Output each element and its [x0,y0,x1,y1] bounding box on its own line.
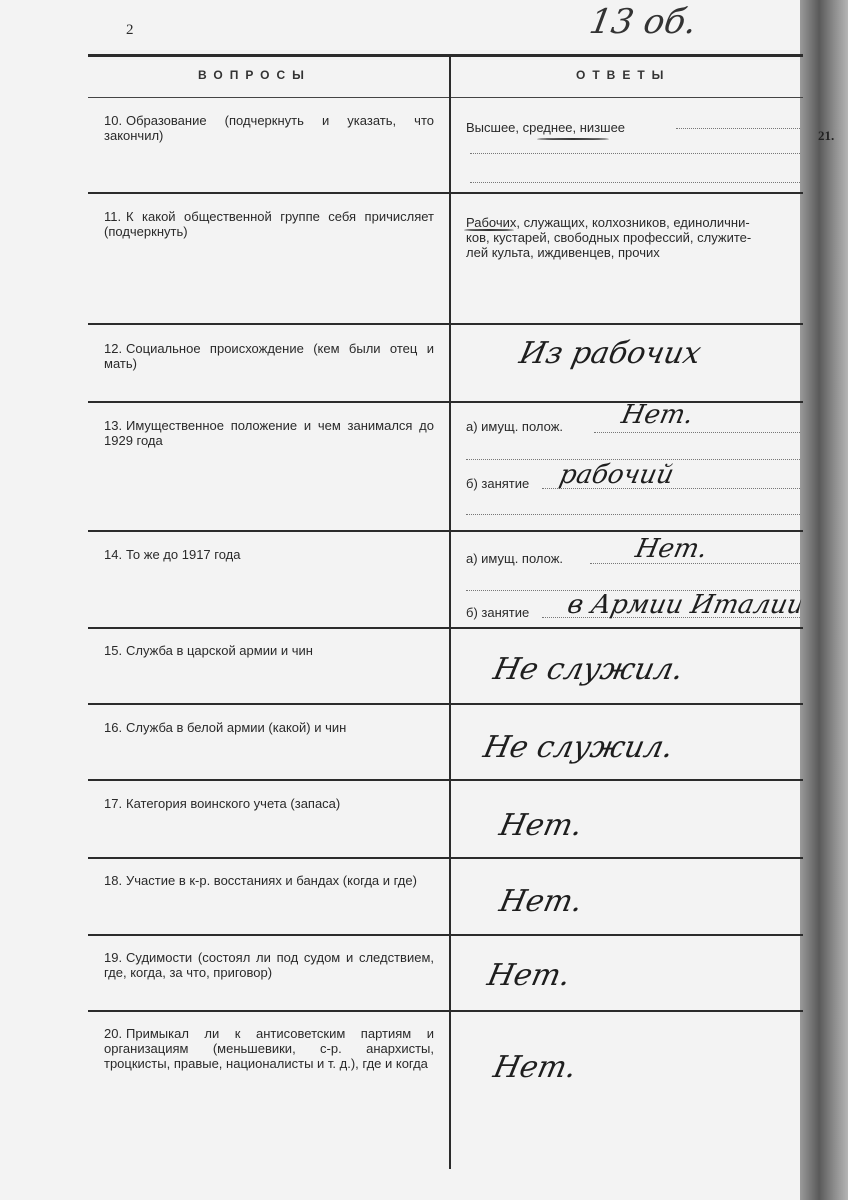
answer-11-line-3: лей культа, иждивенцев, прочих [466,245,806,260]
handwritten-answer-14b: в Армии Италии [565,590,803,620]
dotted-line [466,514,800,515]
answers-column-header: ОТВЕТЫ [576,68,670,82]
questions-column-header: ВОПРОСЫ [198,68,311,82]
table-top-rule [88,54,803,57]
row-rule [88,530,803,532]
row-rule [88,323,803,325]
answer-11-line-2: ков, кустарей, свободных профессий, служ… [466,230,806,245]
question-18: 18.Участие в к-р. восстаниях и бандах (к… [104,873,434,888]
field-13b-label: б) занятие [466,476,529,491]
handwritten-folio: 13 об. [586,2,699,42]
underline-mark [537,138,609,140]
dotted-line [470,153,800,154]
question-11: 11.К какой общественной группе себя прич… [104,209,434,239]
answer-11-line-1: Рабочих, служащих, колхозников, единолич… [466,215,806,230]
handwritten-answer-19: Нет. [484,958,573,993]
handwritten-answer-16: Не служил. [480,730,676,765]
question-16: 16.Служба в белой армии (какой) и чин [104,720,434,735]
handwritten-answer-18: Нет. [496,884,585,919]
row-rule [88,627,803,629]
question-15: 15.Служба в царской армии и чин [104,643,434,658]
question-12: 12.Социальное происхождение (кем были от… [104,341,434,371]
field-13a-label: а) имущ. полож. [466,419,563,434]
row-rule [88,934,803,936]
handwritten-answer-13a: Нет. [619,400,696,430]
header-rule [88,97,803,98]
row-rule [88,192,803,194]
dotted-line [594,432,800,433]
field-14b-label: б) занятие [466,605,529,620]
row-rule [88,857,803,859]
column-divider [449,54,451,1169]
question-10: 10.Образование (подчеркнуть и указать, ч… [104,113,434,143]
handwritten-answer-13b: рабочий [557,460,677,490]
handwritten-answer-14a: Нет. [633,534,710,564]
question-19: 19.Судимости (состоял ли под судом и сле… [104,950,434,980]
dotted-line [470,182,800,183]
handwritten-answer-20: Нет. [490,1050,579,1085]
page-number: 2 [126,22,134,39]
binding-edge [800,0,848,1200]
row-rule [88,779,803,781]
handwritten-answer-15: Не служил. [490,652,686,687]
field-14a-label: а) имущ. полож. [466,551,563,566]
handwritten-answer-17: Нет. [496,808,585,843]
question-13: 13.Имущественное положение и чем занимал… [104,418,434,448]
question-14: 14.То же до 1917 года [104,547,434,562]
row-rule [88,703,803,705]
row-rule [88,1010,803,1012]
question-17: 17.Категория воинского учета (запаса) [104,796,434,811]
handwritten-answer-12: Из рабочих [516,336,704,371]
adjacent-page-number: 21. [818,128,834,144]
underline-mark [464,229,514,231]
question-20: 20.Примыкал ли к антисоветским партиям и… [104,1026,434,1071]
dotted-line [676,128,800,129]
